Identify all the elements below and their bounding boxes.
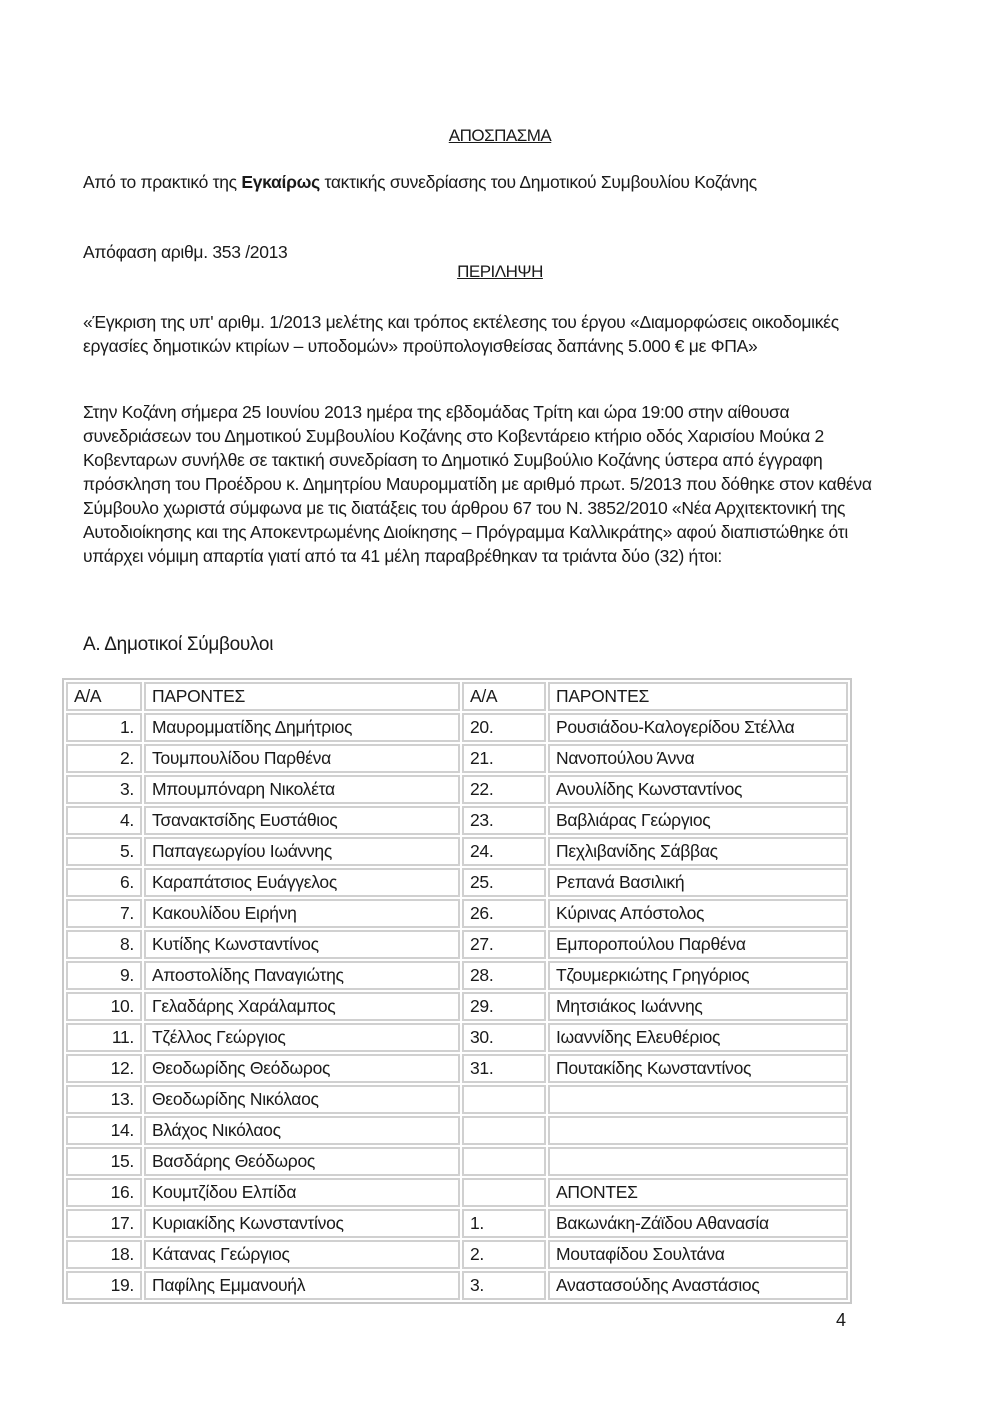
row-number-2: 26. [462,899,546,928]
row-number-2: 31. [462,1054,546,1083]
row-number: 8. [66,930,142,959]
present-name: Τουμπουλίδου Παρθένα [144,744,460,773]
table-row: 18.Κάτανας Γεώργιος2.Μουταφίδου Σουλτάνα [66,1240,848,1269]
row-number: 4. [66,806,142,835]
header-aa-1: Α/Α [66,682,142,711]
present-name-2: Πουτακίδης Κωνσταντίνος [548,1054,848,1083]
intro-suffix: τακτικής συνεδρίασης του Δημοτικού Συμβο… [320,172,757,192]
row-number: 11. [66,1023,142,1052]
present-name-2 [548,1116,848,1145]
row-number-2: 24. [462,837,546,866]
row-number-2: 27. [462,930,546,959]
present-name-2: Ανουλίδης Κωνσταντίνος [548,775,848,804]
present-name: Μαυρομματίδης Δημήτριος [144,713,460,742]
present-name: Καραπάτσιος Ευάγγελος [144,868,460,897]
table-row: 8.Κυτίδης Κωνσταντίνος27.Εμποροπούλου Πα… [66,930,848,959]
present-name-2: Ιωαννίδης Ελευθέριος [548,1023,848,1052]
table-row: 11.Τζέλλος Γεώργιος30.Ιωαννίδης Ελευθέρι… [66,1023,848,1052]
row-number-2: 3. [462,1271,546,1300]
table-row: 1.Μαυρομματίδης Δημήτριος20.Ρουσιάδου-Κα… [66,713,848,742]
row-number: 13. [66,1085,142,1114]
present-name-2 [548,1085,848,1114]
subheading: Α. Δημοτικοί Σύμβουλοι [83,633,873,657]
table-row: 4.Τσανακτσίδης Ευστάθιος23.Βαβλιάρας Γεώ… [66,806,848,835]
present-name: Γελαδάρης Χαράλαμπος [144,992,460,1021]
intro-bold: Εγκαίρως [241,172,320,192]
table-row: 16.Κουμτζίδου ΕλπίδαΑΠΟΝΤΕΣ [66,1178,848,1207]
present-name: Βασδάρης Θεόδωρος [144,1147,460,1176]
present-name-2: Κύρινας Απόστολος [548,899,848,928]
table-row: 19.Παφίλης Εμμανουήλ3.Αναστασούδης Αναστ… [66,1271,848,1300]
row-number-2 [462,1147,546,1176]
row-number: 10. [66,992,142,1021]
summary-heading: ΠΕΡΙΛΗΨΗ [0,262,1000,282]
row-number-2: 29. [462,992,546,1021]
present-name: Κάτανας Γεώργιος [144,1240,460,1269]
header-aa-2: Α/Α [462,682,546,711]
table-row: 17.Κυριακίδης Κωνσταντίνος1.Βακωνάκη-Ζάϊ… [66,1209,848,1238]
page-number: 4 [836,1310,846,1331]
header-present-2: ΠΑΡΟΝΤΕΣ [548,682,848,711]
row-number-2 [462,1178,546,1207]
row-number: 6. [66,868,142,897]
row-number-2: 2. [462,1240,546,1269]
row-number-2: 1. [462,1209,546,1238]
present-name: Τσανακτσίδης Ευστάθιος [144,806,460,835]
row-number: 19. [66,1271,142,1300]
row-number: 16. [66,1178,142,1207]
row-number: 14. [66,1116,142,1145]
present-name-2: Τζουμερκιώτης Γρηγόριος [548,961,848,990]
table-row: 10.Γελαδάρης Χαράλαμπος29.Μητσιάκος Ιωάν… [66,992,848,1021]
table-row: 6.Καραπάτσιος Ευάγγελος25.Ρεπανά Βασιλικ… [66,868,848,897]
summary-text: «Έγκριση της υπ' αριθμ. 1/2013 μελέτης κ… [83,310,873,358]
row-number-2: 21. [462,744,546,773]
header-present-1: ΠΑΡΟΝΤΕΣ [144,682,460,711]
row-number: 17. [66,1209,142,1238]
present-name-2: Μητσιάκος Ιωάννης [548,992,848,1021]
table-header-row: Α/Α ΠΑΡΟΝΤΕΣ Α/Α ΠΑΡΟΝΤΕΣ [66,682,848,711]
document-heading: ΑΠΟΣΠΑΣΜΑ [0,126,1000,146]
row-number-2: 30. [462,1023,546,1052]
present-name-2: Βακωνάκη-Ζάϊδου Αθανασία [548,1209,848,1238]
intro-paragraph: Από το πρακτικό της Εγκαίρως τακτικής συ… [83,170,873,194]
present-name-2: Ρεπανά Βασιλική [548,868,848,897]
present-name-2: Αναστασούδης Αναστάσιος [548,1271,848,1300]
table-row: 12.Θεοδωρίδης Θεόδωρος31.Πουτακίδης Κωνσ… [66,1054,848,1083]
present-name: Παφίλης Εμμανουήλ [144,1271,460,1300]
present-name-2: ΑΠΟΝΤΕΣ [548,1178,848,1207]
body-text: Στην Κοζάνη σήμερα 25 Ιουνίου 2013 ημέρα… [83,400,873,568]
row-number-2 [462,1085,546,1114]
present-name-2: Βαβλιάρας Γεώργιος [548,806,848,835]
table-row: 2.Τουμπουλίδου Παρθένα21.Νανοπούλου Άννα [66,744,848,773]
present-name: Κυτίδης Κωνσταντίνος [144,930,460,959]
row-number-2: 23. [462,806,546,835]
present-name: Κουμτζίδου Ελπίδα [144,1178,460,1207]
present-name-2 [548,1147,848,1176]
present-name-2: Μουταφίδου Σουλτάνα [548,1240,848,1269]
decision-number: Απόφαση αριθμ. 353 /2013 [83,240,873,264]
table-body: 1.Μαυρομματίδης Δημήτριος20.Ρουσιάδου-Κα… [66,713,848,1300]
row-number: 5. [66,837,142,866]
row-number: 12. [66,1054,142,1083]
row-number-2: 25. [462,868,546,897]
present-name: Θεοδωρίδης Θεόδωρος [144,1054,460,1083]
row-number: 18. [66,1240,142,1269]
row-number: 15. [66,1147,142,1176]
row-number: 1. [66,713,142,742]
row-number-2: 20. [462,713,546,742]
present-name: Αποστολίδης Παναγιώτης [144,961,460,990]
table-row: 5.Παπαγεωργίου Ιωάννης24.Πεχλιβανίδης Σά… [66,837,848,866]
table-row: 7.Κακουλίδου Ειρήνη26.Κύρινας Απόστολος [66,899,848,928]
row-number-2: 22. [462,775,546,804]
present-name-2: Εμποροπούλου Παρθένα [548,930,848,959]
present-name-2: Ρουσιάδου-Καλογερίδου Στέλλα [548,713,848,742]
table-row: 13.Θεοδωρίδης Νικόλαος [66,1085,848,1114]
attendance-table: Α/Α ΠΑΡΟΝΤΕΣ Α/Α ΠΑΡΟΝΤΕΣ 1.Μαυρομματίδη… [62,678,852,1304]
present-name: Μπουμπόναρη Νικολέτα [144,775,460,804]
table-row: 3.Μπουμπόναρη Νικολέτα22.Ανουλίδης Κωνστ… [66,775,848,804]
row-number: 7. [66,899,142,928]
intro-prefix: Από το πρακτικό της [83,172,241,192]
table-row: 9.Αποστολίδης Παναγιώτης28.Τζουμερκιώτης… [66,961,848,990]
present-name: Τζέλλος Γεώργιος [144,1023,460,1052]
present-name: Κακουλίδου Ειρήνη [144,899,460,928]
present-name: Θεοδωρίδης Νικόλαος [144,1085,460,1114]
table-row: 15.Βασδάρης Θεόδωρος [66,1147,848,1176]
row-number: 9. [66,961,142,990]
present-name: Κυριακίδης Κωνσταντίνος [144,1209,460,1238]
present-name: Βλάχος Νικόλαος [144,1116,460,1145]
document-page: ΑΠΟΣΠΑΣΜΑ Από το πρακτικό της Εγκαίρως τ… [0,0,1000,1415]
row-number: 3. [66,775,142,804]
present-name-2: Νανοπούλου Άννα [548,744,848,773]
row-number-2 [462,1116,546,1145]
row-number-2: 28. [462,961,546,990]
present-name-2: Πεχλιβανίδης Σάββας [548,837,848,866]
table-row: 14.Βλάχος Νικόλαος [66,1116,848,1145]
present-name: Παπαγεωργίου Ιωάννης [144,837,460,866]
row-number: 2. [66,744,142,773]
